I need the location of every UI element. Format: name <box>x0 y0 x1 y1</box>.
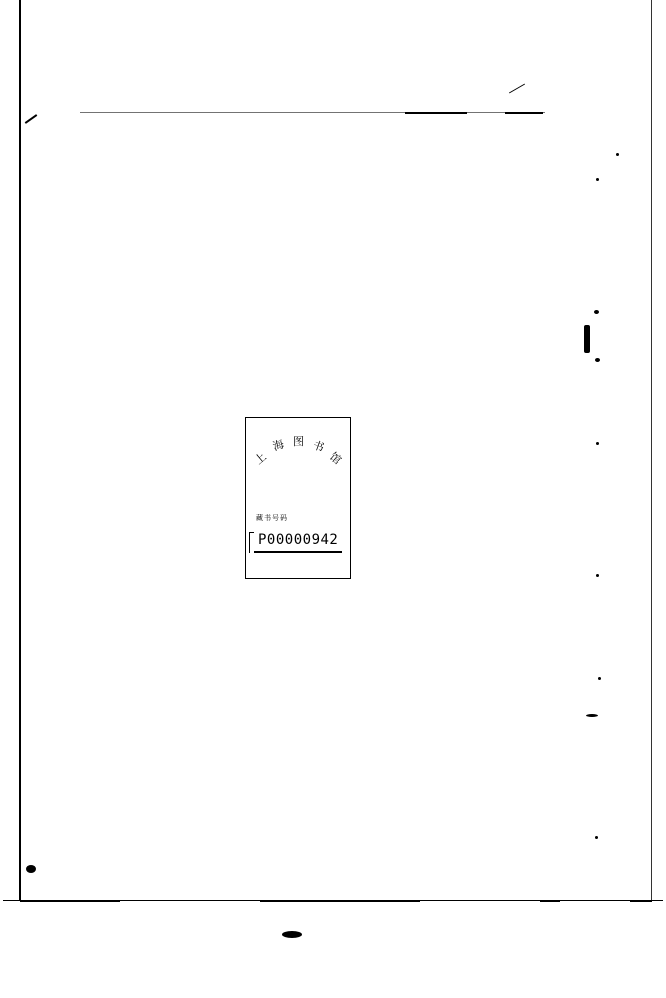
stamp-arc-char: 馆 <box>328 451 343 466</box>
stamp-bracket <box>249 532 254 553</box>
library-stamp: 上 海 图 书 馆 藏书号码 P00000942 <box>245 417 351 579</box>
top-rule-heavy <box>405 112 467 114</box>
ink-mark <box>586 714 598 717</box>
stamp-label: 藏书号码 <box>256 513 288 523</box>
ink-dot <box>595 358 600 362</box>
right-border-line <box>651 0 652 900</box>
ink-dot <box>594 310 599 314</box>
stamp-arc-char: 图 <box>293 436 304 447</box>
ink-dot <box>596 178 599 181</box>
ink-dot <box>596 574 599 577</box>
bottom-rule-heavy <box>20 900 120 902</box>
bottom-rule-heavy <box>260 900 420 902</box>
catalog-number-underline <box>254 551 342 553</box>
bottom-rule-heavy <box>630 900 652 902</box>
top-rule-heavy <box>505 112 543 114</box>
stamp-arc-char: 书 <box>311 439 325 453</box>
ink-mark <box>584 325 590 353</box>
ink-dot <box>595 836 598 839</box>
stamp-arc-char: 海 <box>271 438 285 452</box>
ink-blot <box>26 865 36 873</box>
bottom-rule-heavy <box>540 900 560 902</box>
ink-dot <box>616 153 619 156</box>
ink-dot <box>598 677 601 680</box>
top-rule-line <box>80 112 545 113</box>
stray-mark <box>509 84 525 94</box>
ink-blot <box>282 931 302 938</box>
corner-mark <box>25 114 38 124</box>
catalog-number: P00000942 <box>258 532 338 548</box>
ink-dot <box>596 442 599 445</box>
stamp-arc-char: 上 <box>253 451 268 466</box>
left-border-line <box>19 0 21 900</box>
